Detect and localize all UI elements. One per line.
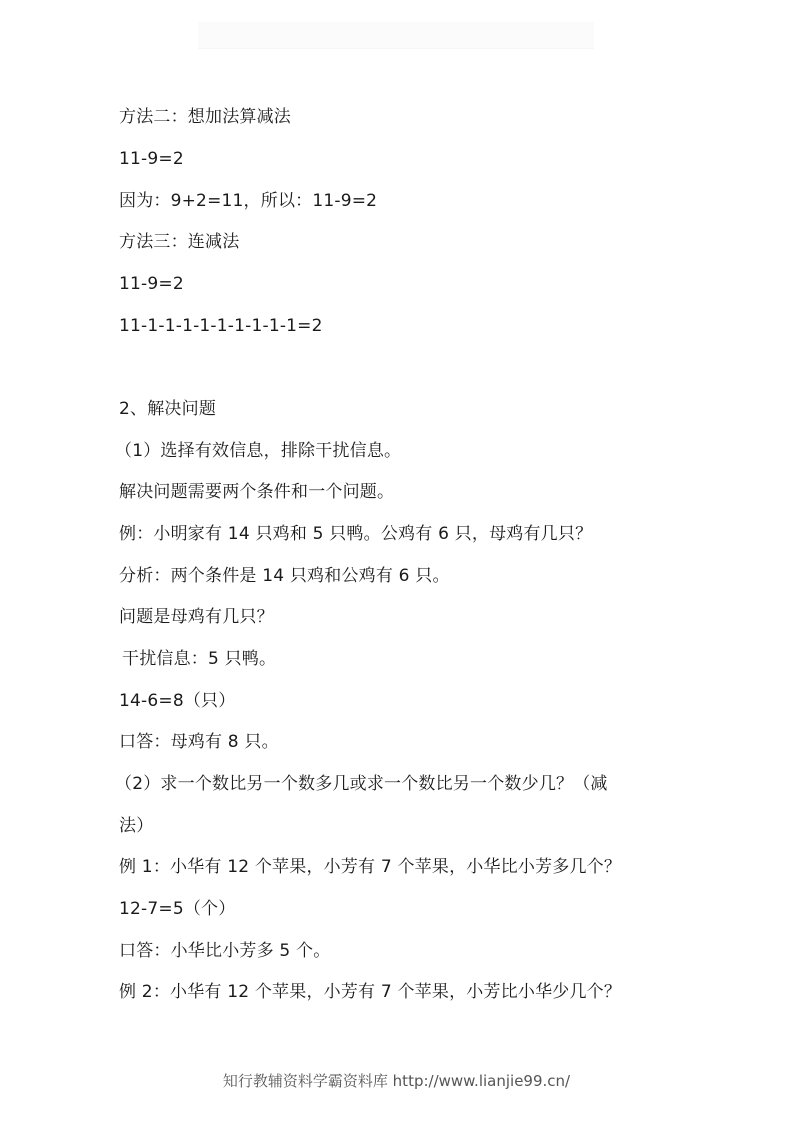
method-two-heading: 方法二：想加法算减法 <box>119 106 291 128</box>
distractor-line: 干扰信息：5 只鸭。 <box>122 648 276 670</box>
section-heading-solve-problems: 2、解决问题 <box>119 398 216 420</box>
subsection-heading-1: （1）选择有效信息，排除干扰信息。 <box>115 440 401 462</box>
subsection-heading-2-continued: 法） <box>119 815 153 837</box>
repeated-subtraction-line: 11-1-1-1-1-1-1-1-1-1=2 <box>119 315 323 337</box>
example-line: 例：小明家有 14 只鸡和 5 只鸭。公鸡有 6 只，母鸡有几只？ <box>119 523 592 545</box>
footer-watermark: 知行教辅资料学霸资料库 http://www.lianjie99.cn/ <box>0 1070 793 1091</box>
answer-line: 口答：母鸡有 8 只。 <box>119 731 279 753</box>
example-2-line: 例 2：小华有 12 个苹果，小芳有 7 个苹果，小芳比小华少几个？ <box>119 981 621 1003</box>
equation-line: 14-6=8（只） <box>119 690 235 712</box>
method-three-heading: 方法三：连减法 <box>119 231 239 253</box>
question-line: 问题是母鸡有几只？ <box>119 606 274 628</box>
equation-line: 12-7=5（个） <box>119 898 235 920</box>
answer-line: 口答：小华比小芳多 5 个。 <box>119 940 330 962</box>
body-text: 解决问题需要两个条件和一个问题。 <box>119 481 394 503</box>
analysis-line: 分析：两个条件是 14 只鸡和公鸡有 6 只。 <box>119 565 450 587</box>
example-1-line: 例 1：小华有 12 个苹果，小芳有 7 个苹果，小华比小芳多几个？ <box>119 856 621 878</box>
equation-line: 11-9=2 <box>119 148 184 170</box>
subsection-heading-2: （2）求一个数比另一个数多几或求一个数比另一个数少几？（减 <box>115 773 608 795</box>
equation-line: 11-9=2 <box>119 273 184 295</box>
reason-line: 因为：9+2=11，所以：11-9=2 <box>119 190 377 212</box>
header-watermark <box>198 22 594 49</box>
